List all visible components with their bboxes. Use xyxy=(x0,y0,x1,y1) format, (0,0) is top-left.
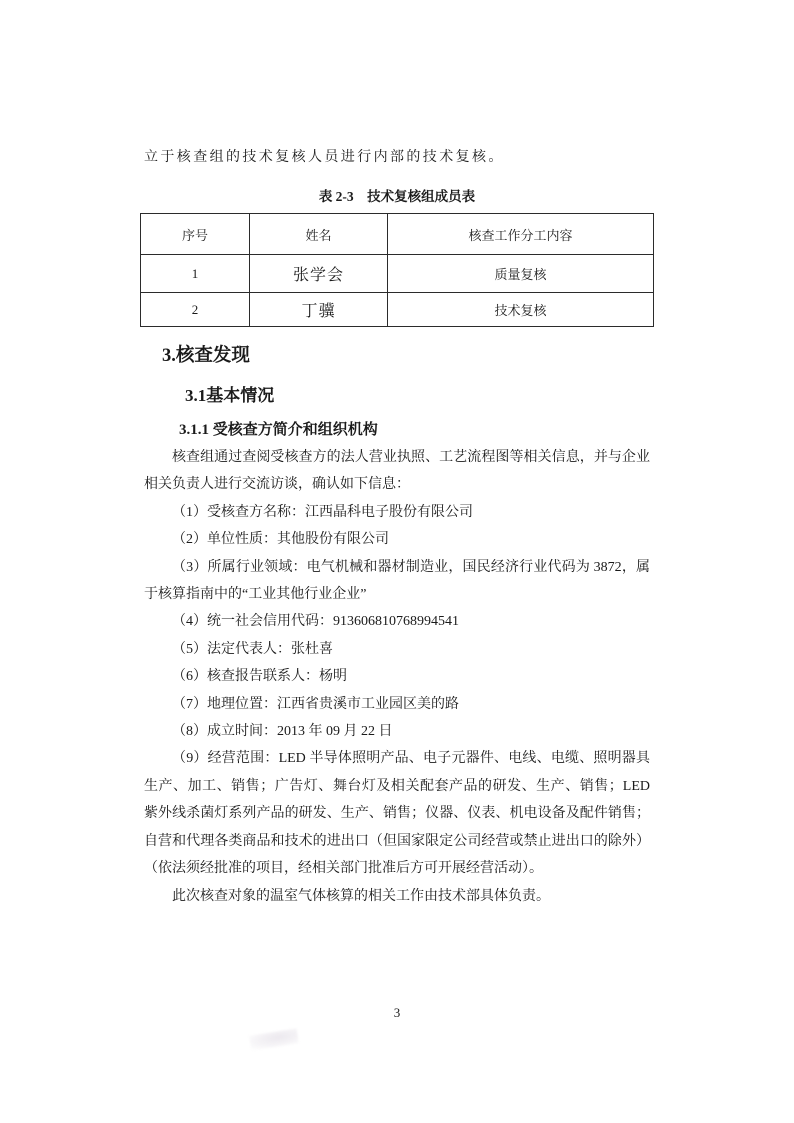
paragraph: （5）法定代表人：张杜喜 xyxy=(144,636,650,663)
table-row: 2丁骥技术复核 xyxy=(141,293,654,327)
subsection-heading: 3.1基本情况 xyxy=(144,385,650,407)
paragraph: （2）单位性质：其他股份有限公司 xyxy=(144,526,650,553)
table-cell: 张学会 xyxy=(250,255,388,293)
table-cell: 2 xyxy=(141,293,250,327)
paragraph: （3）所属行业领域：电气机械和器材制造业，国民经济行业代码为 3872，属于核算… xyxy=(144,554,650,609)
table-header-cell: 核查工作分工内容 xyxy=(388,214,654,255)
paragraph: （9）经营范围：LED 半导体照明产品、电子元器件、电线、电缆、照明器具生产、加… xyxy=(144,745,650,882)
table-header-row: 序号 姓名 核查工作分工内容 xyxy=(141,214,654,255)
table-cell: 丁骥 xyxy=(250,293,388,327)
section-heading: 3.核查发现 xyxy=(144,344,650,368)
subsubsection-heading: 3.1.1 受核查方简介和组织机构 xyxy=(144,420,650,440)
table-header-cell: 姓名 xyxy=(250,214,388,255)
reviewers-table-body: 1张学会质量复核2丁骥技术复核 xyxy=(141,255,654,327)
reviewers-table: 序号 姓名 核查工作分工内容 1张学会质量复核2丁骥技术复核 xyxy=(140,213,654,327)
paragraph: （8）成立时间：2013 年 09 月 22 日 xyxy=(144,718,650,745)
page-content: 立于核查组的技术复核人员进行内部的技术复核。 表 2-3 技术复核组成员表 序号… xyxy=(144,0,650,910)
body-paragraphs: 核查组通过查阅受核查方的法人营业执照、工艺流程图等相关信息，并与企业相关负责人进… xyxy=(144,444,650,910)
table-row: 1张学会质量复核 xyxy=(141,255,654,293)
paragraph: 核查组通过查阅受核查方的法人营业执照、工艺流程图等相关信息，并与企业相关负责人进… xyxy=(144,444,650,499)
paragraph: （7）地理位置：江西省贵溪市工业园区美的路 xyxy=(144,691,650,718)
table-header-cell: 序号 xyxy=(141,214,250,255)
paragraph: （6）核查报告联系人：杨明 xyxy=(144,663,650,690)
table-cell: 质量复核 xyxy=(388,255,654,293)
paragraph: （1）受核查方名称：江西晶科电子股份有限公司 xyxy=(144,499,650,526)
document-page: 立于核查组的技术复核人员进行内部的技术复核。 表 2-3 技术复核组成员表 序号… xyxy=(0,0,794,1123)
continuation-paragraph: 立于核查组的技术复核人员进行内部的技术复核。 xyxy=(144,148,650,168)
paragraph: （4）统一社会信用代码：913606810768994541 xyxy=(144,608,650,635)
paragraph: 此次核查对象的温室气体核算的相关工作由技术部具体负责。 xyxy=(144,883,650,910)
table-caption: 表 2-3 技术复核组成员表 xyxy=(144,189,650,204)
scan-smudge-artifact xyxy=(249,1028,299,1050)
table-cell: 1 xyxy=(141,255,250,293)
table-cell: 技术复核 xyxy=(388,293,654,327)
page-number: 3 xyxy=(0,1004,794,1021)
